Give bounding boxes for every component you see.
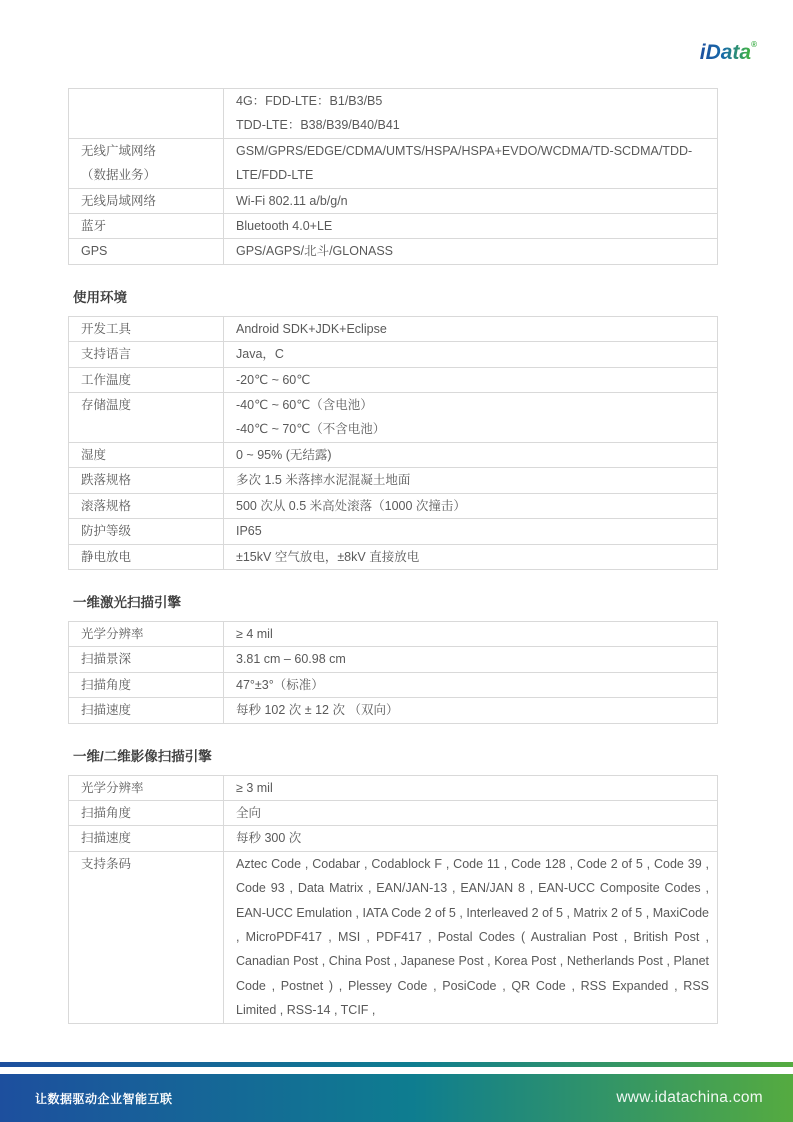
spec-row-label: 存储温度 bbox=[69, 393, 224, 443]
spec-row: 光学分辨率≥ 3 mil bbox=[69, 775, 718, 800]
spec-row-label: 支持条码 bbox=[69, 851, 224, 1023]
spec-row-label: 光学分辨率 bbox=[69, 775, 224, 800]
spec-row: 跌落规格多次 1.5 米落摔水泥混凝土地面 bbox=[69, 468, 718, 493]
1d-2d-imaging-engine-table: 光学分辨率≥ 3 mil扫描角度全向扫描速度每秒 300 次支持条码Aztec … bbox=[68, 775, 718, 1024]
spec-row-label: 跌落规格 bbox=[69, 468, 224, 493]
idata-logo-text: iData bbox=[700, 41, 751, 64]
spec-row-value: ≥ 3 mil bbox=[224, 775, 718, 800]
footer-website: www.idatachina.com bbox=[616, 1089, 763, 1107]
spec-row-label: 扫描速度 bbox=[69, 698, 224, 723]
footer-bar: 让数据驱动企业智能互联 www.idatachina.com bbox=[0, 1074, 793, 1122]
spec-row-value: Android SDK+JDK+Eclipse bbox=[224, 316, 718, 341]
spec-row: 工作温度-20℃ ~ 60℃ bbox=[69, 367, 718, 392]
registered-trademark-icon: ® bbox=[751, 40, 757, 49]
section-title-1d-2d-imaging-engine: 一维/二维影像扫描引擎 bbox=[73, 749, 718, 765]
spec-row-value: 0 ~ 95% (无结露) bbox=[224, 442, 718, 467]
section-wireless-network: 4G：FDD-LTE：B1/B3/B5TDD-LTE：B38/B39/B40/B… bbox=[68, 88, 718, 265]
spec-row: 滚落规格500 次从 0.5 米高处滚落（1000 次撞击） bbox=[69, 493, 718, 518]
spec-row-label: 扫描角度 bbox=[69, 672, 224, 697]
spec-row: 无线局域网络Wi-Fi 802.11 a/b/g/n bbox=[69, 188, 718, 213]
spec-row-value: -40℃ ~ 60℃（含电池）-40℃ ~ 70℃（不含电池） bbox=[224, 393, 718, 443]
spec-row-value: Wi-Fi 802.11 a/b/g/n bbox=[224, 188, 718, 213]
spec-row-value: -20℃ ~ 60℃ bbox=[224, 367, 718, 392]
spec-row-label: 光学分辨率 bbox=[69, 621, 224, 646]
section-title-1d-laser-engine: 一维激光扫描引擎 bbox=[73, 595, 718, 611]
spec-row: 静电放电±15kV 空气放电，±8kV 直接放电 bbox=[69, 544, 718, 569]
spec-row-label: 滚落规格 bbox=[69, 493, 224, 518]
spec-row-label: 静电放电 bbox=[69, 544, 224, 569]
spec-row-value: Java，C bbox=[224, 342, 718, 367]
spec-row: 湿度0 ~ 95% (无结露) bbox=[69, 442, 718, 467]
spec-row-value: GPS/AGPS/北斗/GLONASS bbox=[224, 239, 718, 264]
spec-row-label: 扫描角度 bbox=[69, 800, 224, 825]
spec-row: 支持语言Java，C bbox=[69, 342, 718, 367]
spec-row-label: 蓝牙 bbox=[69, 214, 224, 239]
idata-logo: iData® bbox=[700, 41, 757, 63]
footer-gradient-divider bbox=[0, 1062, 793, 1067]
spec-row-label: 开发工具 bbox=[69, 316, 224, 341]
section-1d-2d-imaging-engine: 一维/二维影像扫描引擎 光学分辨率≥ 3 mil扫描角度全向扫描速度每秒 300… bbox=[68, 749, 718, 1024]
spec-row-label: 扫描景深 bbox=[69, 647, 224, 672]
section-title-usage-environment: 使用环境 bbox=[73, 290, 718, 306]
spec-row: 扫描速度每秒 102 次 ± 12 次 （双向） bbox=[69, 698, 718, 723]
spec-row-label: 防护等级 bbox=[69, 519, 224, 544]
wireless-network-table: 4G：FDD-LTE：B1/B3/B5TDD-LTE：B38/B39/B40/B… bbox=[68, 88, 718, 265]
spec-row-value: 全向 bbox=[224, 800, 718, 825]
spec-row: 蓝牙Bluetooth 4.0+LE bbox=[69, 214, 718, 239]
spec-row-value: 每秒 102 次 ± 12 次 （双向） bbox=[224, 698, 718, 723]
spec-row-label: 工作温度 bbox=[69, 367, 224, 392]
spec-row-value: GSM/GPRS/EDGE/CDMA/UMTS/HSPA/HSPA+EVDO/W… bbox=[224, 138, 718, 188]
spec-row-value: 每秒 300 次 bbox=[224, 826, 718, 851]
spec-row-label: GPS bbox=[69, 239, 224, 264]
spec-row-value: 500 次从 0.5 米高处滚落（1000 次撞击） bbox=[224, 493, 718, 518]
spec-row-label: 扫描速度 bbox=[69, 826, 224, 851]
spec-row: 扫描景深3.81 cm – 60.98 cm bbox=[69, 647, 718, 672]
spec-row-label: 无线广域网络（数据业务） bbox=[69, 138, 224, 188]
spec-row: 扫描速度每秒 300 次 bbox=[69, 826, 718, 851]
section-usage-environment: 使用环境 开发工具Android SDK+JDK+Eclipse支持语言Java… bbox=[68, 290, 718, 570]
spec-row-label bbox=[69, 89, 224, 139]
spec-content: 4G：FDD-LTE：B1/B3/B5TDD-LTE：B38/B39/B40/B… bbox=[68, 88, 718, 1024]
spec-row: 无线广域网络（数据业务）GSM/GPRS/EDGE/CDMA/UMTS/HSPA… bbox=[69, 138, 718, 188]
spec-row-value: ±15kV 空气放电，±8kV 直接放电 bbox=[224, 544, 718, 569]
spec-row-value: 3.81 cm – 60.98 cm bbox=[224, 647, 718, 672]
spec-row: GPSGPS/AGPS/北斗/GLONASS bbox=[69, 239, 718, 264]
spec-row: 支持条码Aztec Code , Codabar , Codablock F ,… bbox=[69, 851, 718, 1023]
footer-slogan: 让数据驱动企业智能互联 bbox=[35, 1090, 173, 1107]
spec-row-value: 多次 1.5 米落摔水泥混凝土地面 bbox=[224, 468, 718, 493]
spec-row-label: 无线局域网络 bbox=[69, 188, 224, 213]
spec-row: 扫描角度全向 bbox=[69, 800, 718, 825]
spec-row-value: ≥ 4 mil bbox=[224, 621, 718, 646]
spec-row-value: 4G：FDD-LTE：B1/B3/B5TDD-LTE：B38/B39/B40/B… bbox=[224, 89, 718, 139]
spec-row-value: 47°±3°（标准） bbox=[224, 672, 718, 697]
spec-row-value: IP65 bbox=[224, 519, 718, 544]
spec-row-label: 湿度 bbox=[69, 442, 224, 467]
spec-row-value: Aztec Code , Codabar , Codablock F , Cod… bbox=[224, 851, 718, 1023]
spec-row: 开发工具Android SDK+JDK+Eclipse bbox=[69, 316, 718, 341]
spec-row: 防护等级IP65 bbox=[69, 519, 718, 544]
spec-row-label: 支持语言 bbox=[69, 342, 224, 367]
spec-row: 4G：FDD-LTE：B1/B3/B5TDD-LTE：B38/B39/B40/B… bbox=[69, 89, 718, 139]
spec-sheet-page: iData® 4G：FDD-LTE：B1/B3/B5TDD-LTE：B38/B3… bbox=[0, 0, 793, 1122]
spec-row: 存储温度-40℃ ~ 60℃（含电池）-40℃ ~ 70℃（不含电池） bbox=[69, 393, 718, 443]
spec-row: 光学分辨率≥ 4 mil bbox=[69, 621, 718, 646]
spec-row-value: Bluetooth 4.0+LE bbox=[224, 214, 718, 239]
usage-environment-table: 开发工具Android SDK+JDK+Eclipse支持语言Java，C工作温… bbox=[68, 316, 718, 570]
spec-row: 扫描角度47°±3°（标准） bbox=[69, 672, 718, 697]
1d-laser-engine-table: 光学分辨率≥ 4 mil扫描景深3.81 cm – 60.98 cm扫描角度47… bbox=[68, 621, 718, 724]
section-1d-laser-engine: 一维激光扫描引擎 光学分辨率≥ 4 mil扫描景深3.81 cm – 60.98… bbox=[68, 595, 718, 724]
